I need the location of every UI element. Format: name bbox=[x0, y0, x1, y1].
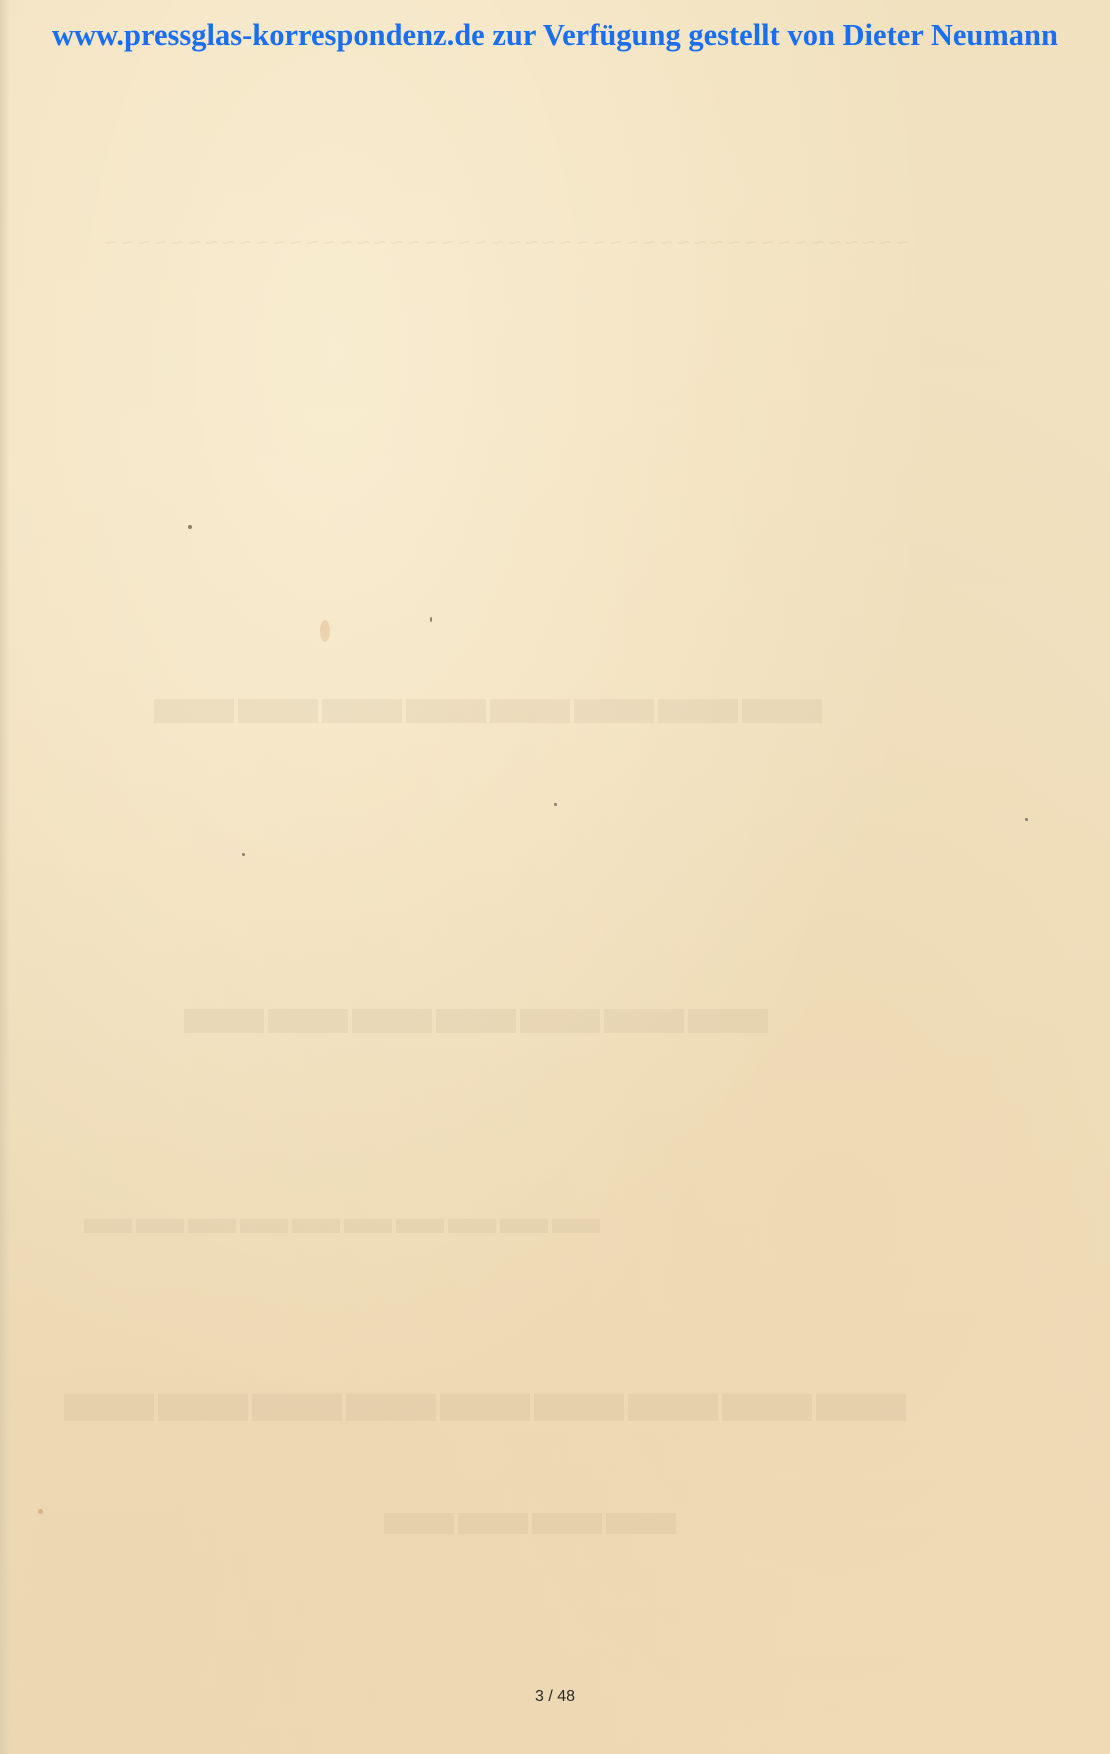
paper-speck bbox=[554, 803, 557, 806]
website-link[interactable]: www.pressglas-korrespondenz.de bbox=[52, 18, 485, 52]
paper-speck bbox=[188, 525, 192, 529]
page-header-watermark: www.pressglas-korrespondenz.de zur Verfü… bbox=[0, 18, 1110, 53]
show-through-text: ▬▬▬▬ bbox=[380, 1470, 676, 1550]
paper-speck bbox=[242, 853, 245, 856]
show-through-text: ~~~~~~~~~~~~~~~~~~~~~~~~~~~~~~~~~~~~~~~~… bbox=[100, 230, 909, 256]
page-separator: / bbox=[544, 1688, 557, 1705]
show-through-text: ▬▬▬▬▬▬▬▬▬▬ bbox=[80, 1190, 600, 1245]
show-through-text: ▬▬▬▬▬▬▬▬▬ bbox=[60, 1340, 906, 1443]
current-page: 3 bbox=[535, 1688, 544, 1705]
total-pages: 48 bbox=[557, 1688, 575, 1705]
show-through-text: ▬▬▬▬▬▬▬ bbox=[180, 960, 768, 1052]
paper-edge bbox=[0, 0, 10, 1754]
paper-speck bbox=[1025, 818, 1028, 821]
header-attribution: zur Verfügung gestellt von Dieter Neuman… bbox=[485, 18, 1058, 52]
show-through-text: ▬▬▬▬▬▬▬▬ bbox=[150, 650, 822, 742]
paper-stain bbox=[320, 620, 330, 642]
paper-speck bbox=[430, 617, 432, 622]
scanned-page: ~~~~~~~~~~~~~~~~~~~~~~~~~~~~~~~~~~~~~~~~… bbox=[0, 0, 1110, 1754]
paper-speck bbox=[38, 1509, 43, 1514]
page-number: 3 / 48 bbox=[0, 1688, 1110, 1706]
